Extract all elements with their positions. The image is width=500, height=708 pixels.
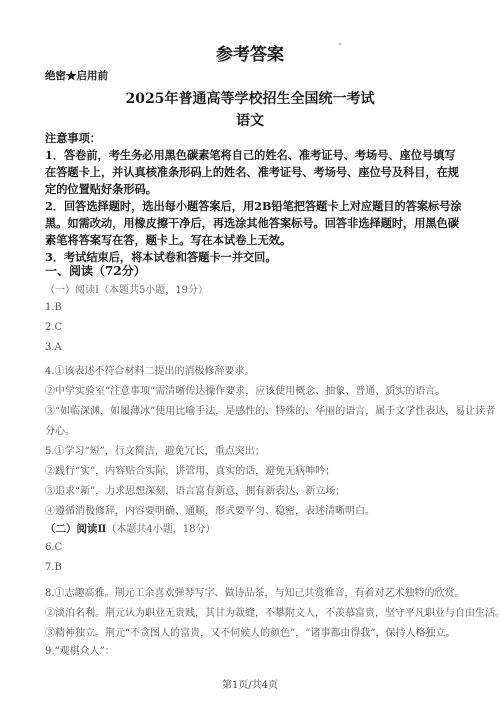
part2-heading: （二）阅读Ⅱ（本题共4小题，18分） [45,520,215,536]
subject-title: 语文 [0,110,500,130]
answer-line: ③追求“新”，力求思想深刻，语言富有新意，拥有新表达、新立场； [45,482,345,497]
page-indicator: 第1页/共4页 [0,676,500,691]
answer-line: 9.“观棋众人”： [45,642,115,657]
document-title: 参考答案 [0,40,500,65]
answer-line: 分心。 [45,422,75,437]
answer-line: ②中学实验室“注意事项”需清晰传达操作要求，应该使用概念、抽象、普通、质实的语言… [45,382,445,397]
exam-title: 2025年普通高等学校招生全国统一考试 [0,88,500,108]
note-item-2: 2．回答选择题时，选出每小题答案后，用2B铅笔把答题卡上对应题目的答案标号涂黑。… [45,198,465,249]
answer-line: 7.B [45,562,62,573]
answer-line: ④遵循消极修辞，内容要明确、通顺，形式要平匀、稳密，表述清晰明白。 [45,502,375,517]
answer-line: 5.①学习“短”，行文简洁，避免冗长，重点突出； [45,442,265,457]
answer-line: 6.C [45,542,62,553]
answer-line: ③精神独立。荆元“不贪图人的富贵，又不伺候人的颜色”，“诸事都由得我”，保持人格… [45,624,455,639]
section-reading-heading: 一、阅读（72分） [45,262,146,279]
note-item-1: 1．答卷前，考生务必用黑色碳素笔将自己的姓名、准考证号、考场号、座位号填写在答题… [45,147,465,198]
secret-mark: 绝密★启用前 [45,68,108,83]
answer-line: 8.①志趣高雅。荆元工余喜欢弹琴写字、做诗品茶，与知己共赏雅音，有着对艺术独特的… [45,584,465,599]
notes-block: 注意事项： 1．答卷前，考生务必用黑色碳素笔将自己的姓名、准考证号、考场号、座位… [45,130,465,266]
notes-heading: 注意事项： [45,130,465,147]
part2-heading-bold: （二）阅读Ⅱ [45,523,106,535]
answer-line: ③“如临深渊，如履薄冰”使用比喻手法，是感性的、特殊的、华丽的语言，属于文学性表… [45,402,495,417]
answer-line: ②淡泊名利。荆元认为职业无贵贱，其甘为裁缝，不攀附文人，不羡慕富贵，坚守平凡职业… [45,604,500,619]
answer-line: 1.B [45,302,62,313]
answer-line: ②践行“实”，内容贴合实际，讲管用、真实的话，避免无病呻吟； [45,462,335,477]
answer-line: 3.A [45,342,62,353]
part1-heading: （一）阅读Ⅰ（本题共5小题，19分） [45,281,208,296]
answer-line: 4.①该表述不符合材料二提出的消极修辞要求。 [45,362,255,377]
answer-line: 2.C [45,322,62,333]
part2-heading-rest: （本题共4小题，18分） [106,524,215,535]
